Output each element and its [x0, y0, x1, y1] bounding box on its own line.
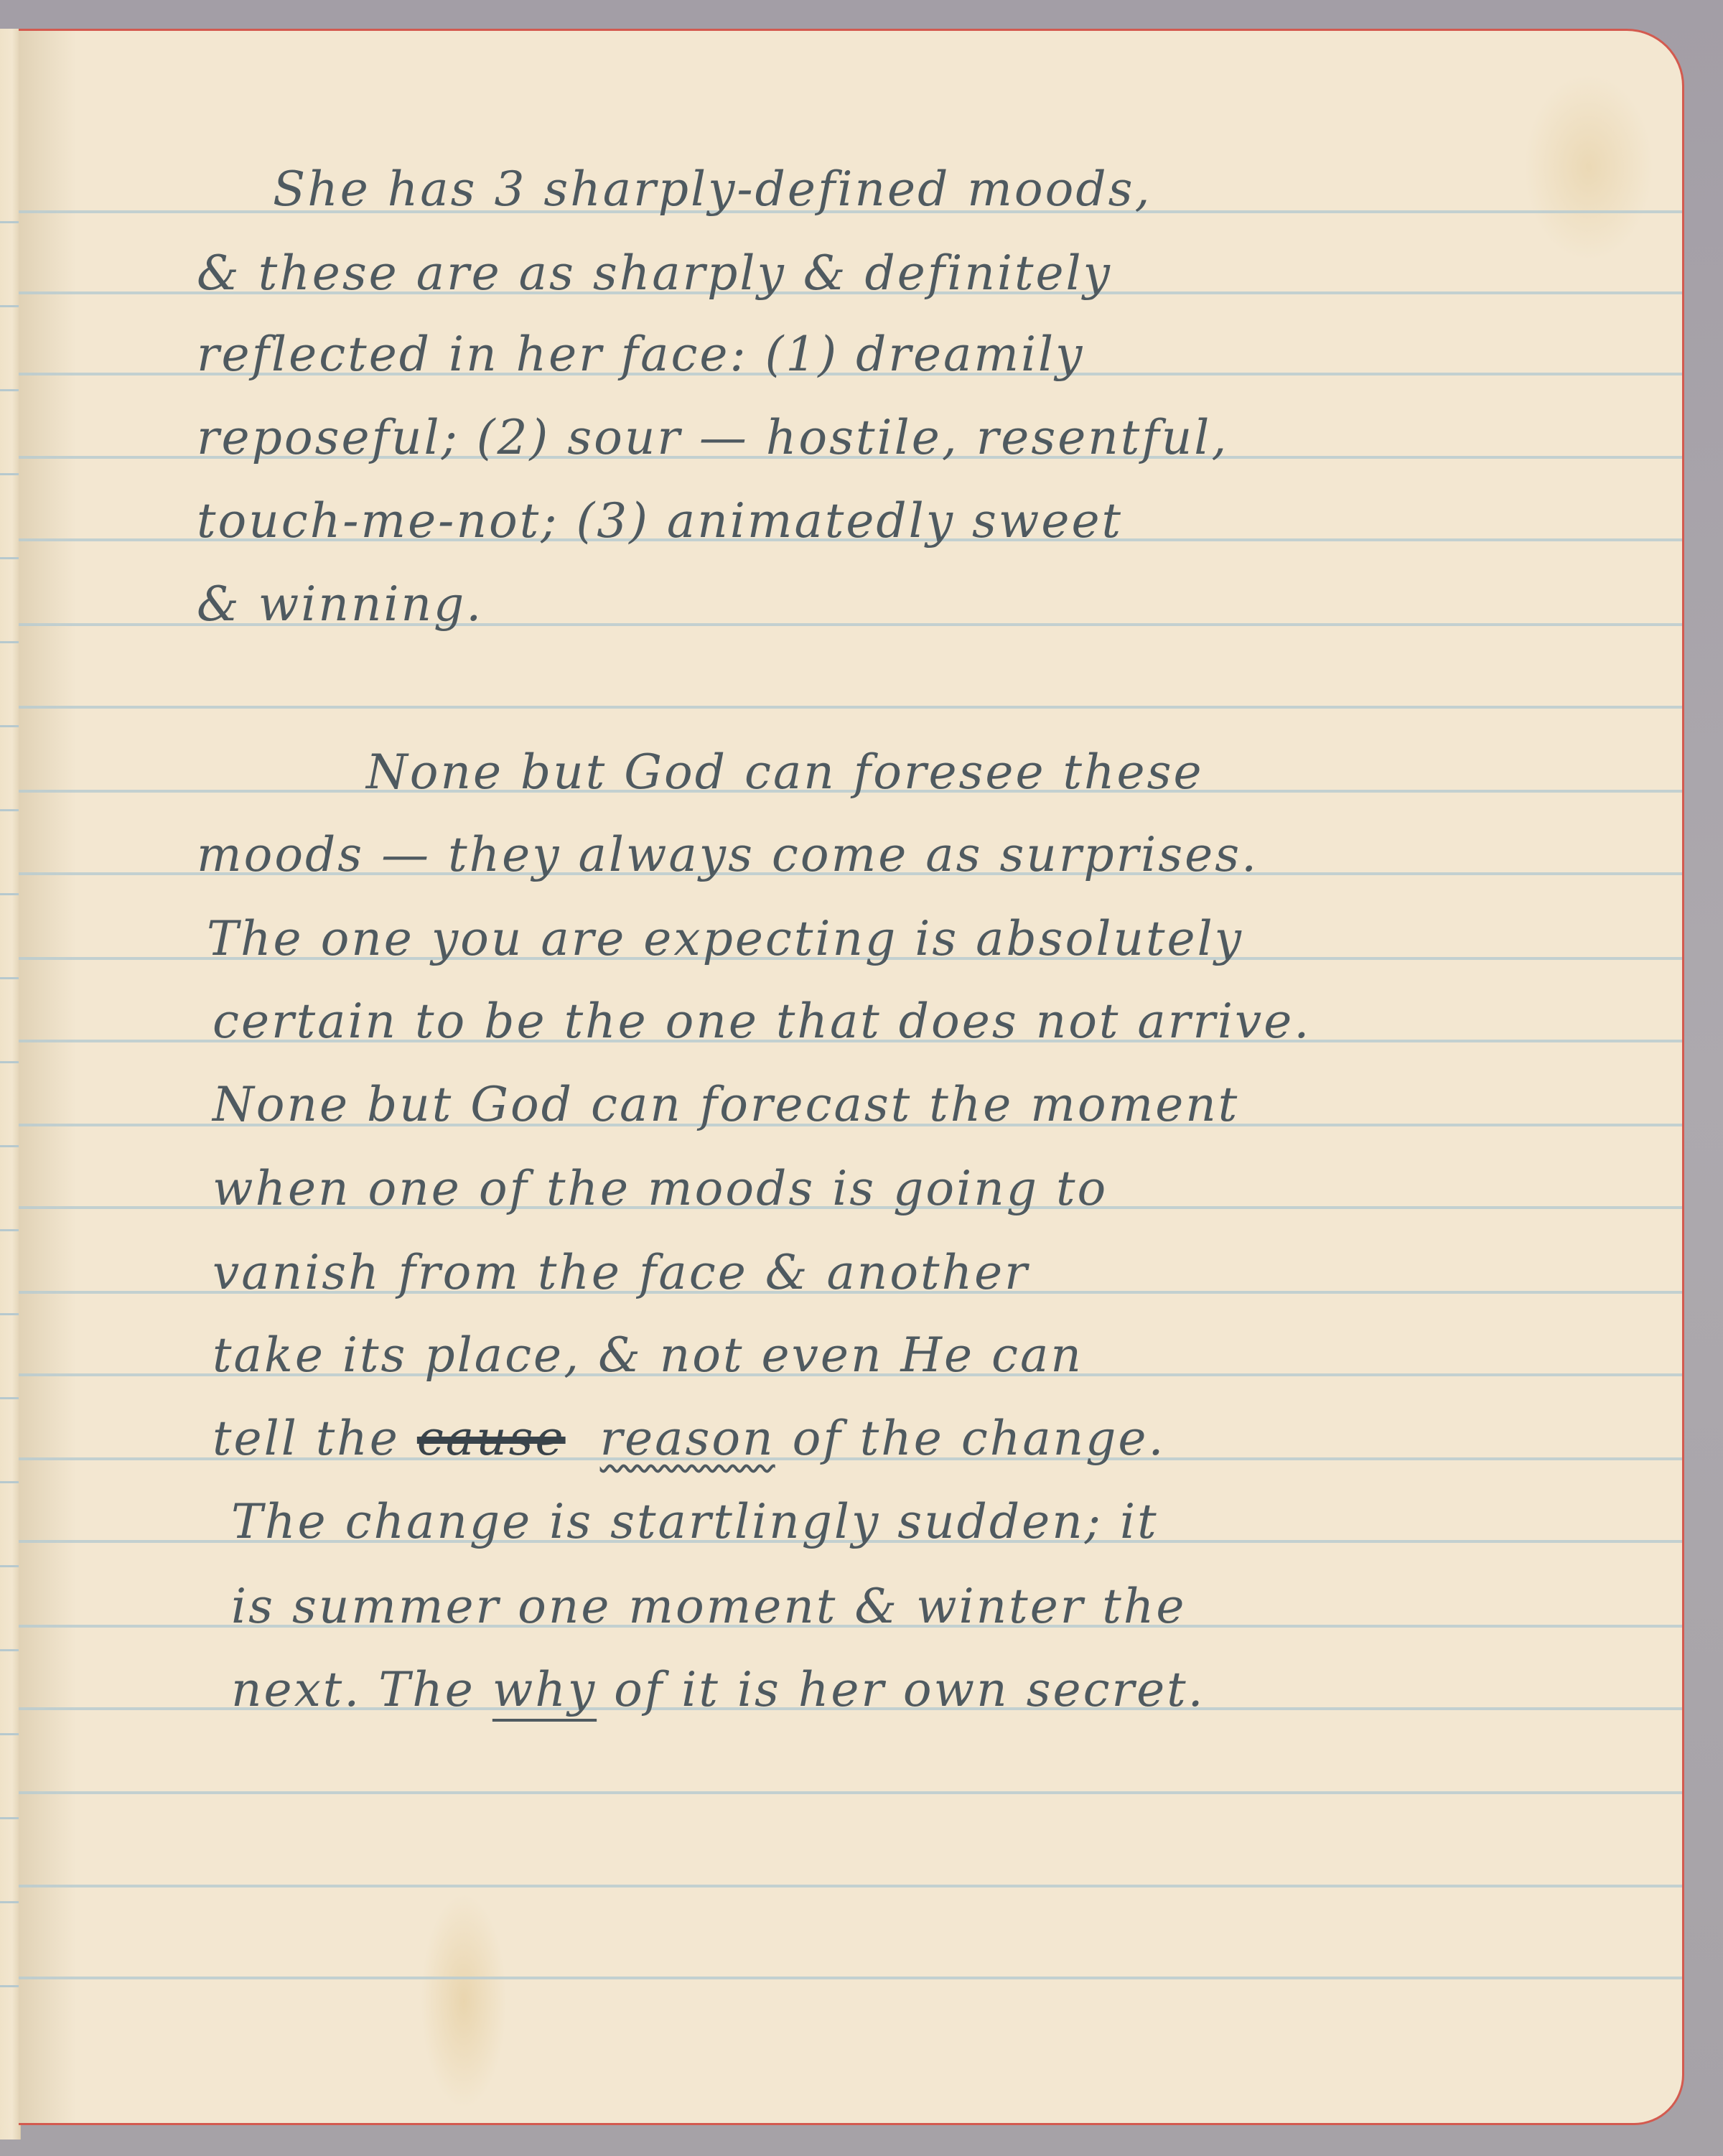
facing-page-edge [0, 29, 21, 2139]
ruled-line [0, 389, 20, 391]
handwritten-line: moods — they always come as surprises. [197, 831, 1259, 879]
ruled-line [0, 1397, 20, 1399]
ruled-line [19, 1791, 1682, 1794]
underlined-word: reason [600, 1411, 775, 1466]
ruled-line [0, 641, 20, 643]
handwritten-line: tell the cause reason of the change. [213, 1415, 1165, 1462]
ruled-line [0, 1145, 20, 1147]
ruled-line [19, 1885, 1682, 1887]
ruled-line [0, 1817, 20, 1819]
handwritten-line: reflected in her face: (1) dreamily [197, 331, 1084, 378]
ruled-line [0, 1733, 20, 1735]
ruled-line [0, 221, 20, 223]
line-text: of it is her own secret. [597, 1662, 1205, 1717]
ruled-line [0, 1985, 20, 1987]
handwritten-line: certain to be the one that does not arri… [213, 998, 1311, 1045]
ruled-line [0, 1565, 20, 1567]
ruled-line [19, 1977, 1682, 1979]
ruled-line [0, 473, 20, 475]
handwritten-line: None but God can forecast the moment [213, 1081, 1239, 1129]
ruled-line [0, 1481, 20, 1483]
handwritten-line: The one you are expecting is absolutely [207, 915, 1243, 963]
line-text: tell the [213, 1411, 417, 1466]
ruled-line [0, 725, 20, 727]
handwritten-line: The change is startlingly sudden; it [231, 1498, 1159, 1546]
handwritten-line: reposeful; (2) sour — hostile, resentful… [197, 414, 1228, 462]
handwritten-line: touch-me-not; (3) animatedly sweet [197, 498, 1123, 545]
line-text: of the change. [775, 1411, 1166, 1466]
struck-word: cause [417, 1411, 566, 1466]
underlined-word: why [492, 1662, 597, 1717]
handwritten-line: is summer one moment & winter the [231, 1583, 1186, 1630]
ruled-line [0, 1313, 20, 1315]
ruled-line [0, 1229, 20, 1231]
notebook-page: She has 3 sharply-defined moods, & these… [19, 29, 1684, 2125]
handwritten-line: vanish from the face & another [213, 1249, 1029, 1297]
ruled-line [0, 557, 20, 559]
ruled-line [0, 977, 20, 979]
handwritten-line: None but God can foresee these [366, 749, 1204, 796]
handwritten-line: & winning. [197, 581, 483, 628]
handwritten-line: take its place, & not even He can [213, 1332, 1083, 1379]
ruled-line [0, 305, 20, 307]
ruled-line [0, 1649, 20, 1651]
ruled-line [0, 809, 20, 811]
handwritten-line: next. The why of it is her own secret. [231, 1666, 1205, 1714]
handwritten-line: She has 3 sharply-defined moods, [273, 166, 1152, 213]
handwritten-line: when one of the moods is going to [213, 1165, 1108, 1213]
ruled-line [0, 893, 20, 895]
ruled-line [19, 706, 1682, 709]
ruled-line [0, 1061, 20, 1063]
ruled-line [0, 1901, 20, 1903]
line-text: next. The [231, 1662, 492, 1717]
handwritten-line: & these are as sharply & definitely [197, 250, 1112, 297]
